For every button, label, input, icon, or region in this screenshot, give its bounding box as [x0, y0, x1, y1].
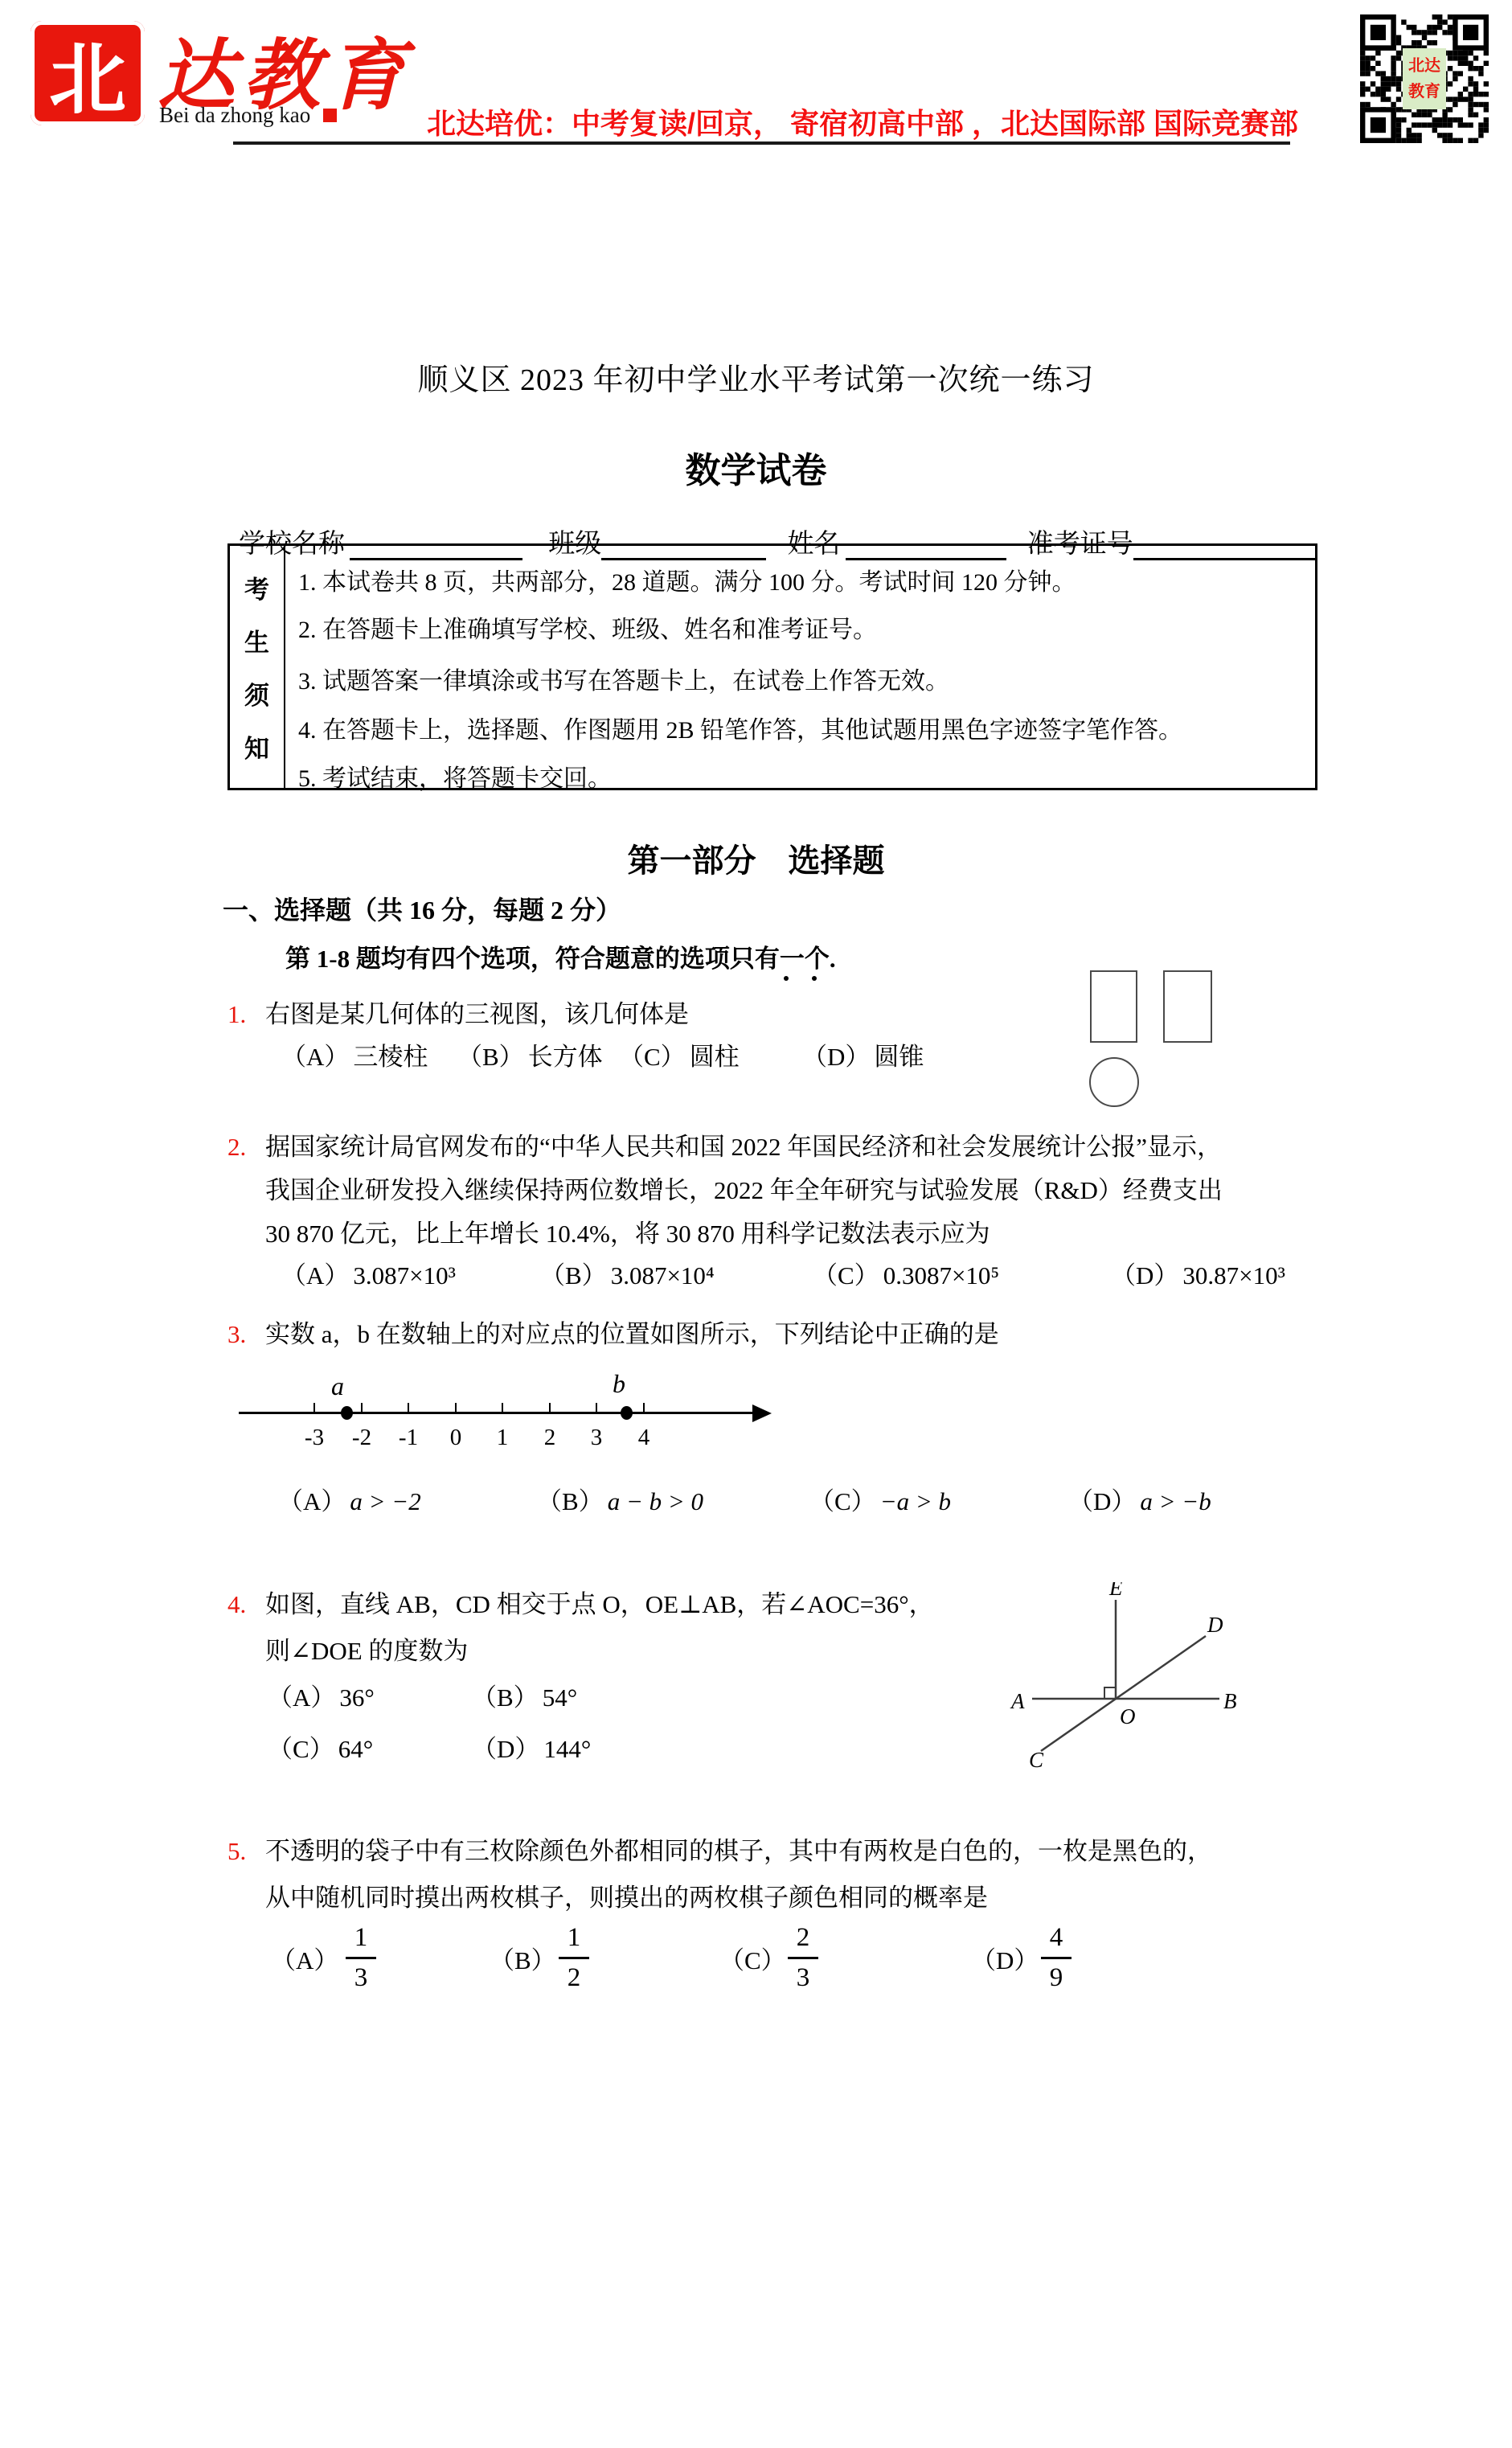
brand-pinyin: Bei da zhong kao	[159, 103, 337, 128]
q3-option-c: （C）−a > b	[809, 1486, 951, 1518]
notice-item-3: 3. 试题答案一律填涂或书写在答题卡上，在试卷上作答无效。	[298, 661, 949, 696]
exam-title: 顺义区 2023 年初中学业水平考试第一次统一练习	[0, 362, 1512, 400]
notice-item-5: 5. 考试结束，将答题卡交回。	[298, 758, 612, 793]
side-view-rectangle	[1163, 970, 1212, 1043]
q2-line-2: 我国企业研发投入继续保持两位数增长，2022 年全年研究与试验发展（R&D）经费…	[265, 1175, 1223, 1207]
q5-option-b-label: （B）	[490, 1946, 556, 1977]
q2-line-1: 据国家统计局官网发布的“中华人民共和国 2022 年国民经济和社会发展统计公报”…	[265, 1132, 1222, 1163]
axis-arrow	[752, 1404, 772, 1422]
front-view-rectangle	[1090, 970, 1137, 1043]
q4-line-2: 则∠DOE 的度数为	[265, 1636, 468, 1667]
q5-option-a-label: （A）	[271, 1946, 338, 1977]
label-E: E	[1108, 1582, 1123, 1600]
subject-title: 数学试卷	[0, 449, 1512, 493]
intersecting-lines-figure: E D A B O C	[1005, 1582, 1238, 1771]
q2-option-b: （B）3.087×10⁴	[540, 1261, 715, 1292]
q5-option-d-fraction: 49	[1041, 1923, 1072, 1993]
q5-number: 5.	[227, 1836, 246, 1868]
label-B: B	[1223, 1689, 1237, 1713]
q4-option-b: （B）54°	[472, 1683, 577, 1714]
beida-logo-seal: 北	[31, 21, 145, 125]
emphasis-dot	[812, 976, 817, 981]
q2-line-3: 30 870 亿元，比上年增长 10.4%，将 30 870 用科学记数法表示应…	[265, 1219, 990, 1250]
q3-number: 3.	[227, 1319, 246, 1351]
label-O: O	[1120, 1704, 1136, 1728]
q5-option-b-fraction: 12	[559, 1923, 589, 1993]
notice-item-4: 4. 在答题卡上，选择题、作图题用 2B 铅笔作答，其他试题用黑色字迹签字笔作答…	[298, 710, 1182, 745]
q4-option-d: （D）144°	[472, 1734, 591, 1765]
qr-center-label: 北达 教育	[1403, 48, 1446, 109]
q3-option-d: （D）a > −b	[1068, 1486, 1211, 1518]
q4-line-1: 如图，直线 AB，CD 相交于点 O，OE⊥AB，若∠AOC=36°，	[265, 1589, 934, 1621]
q5-option-d-label: （D）	[971, 1946, 1039, 1977]
header-divider	[233, 141, 1290, 145]
q2-option-c: （C）0.3087×10⁵	[813, 1261, 999, 1292]
seal-character: 北	[49, 18, 126, 129]
part1-section-title: 一、选择题（共 16 分，每题 2 分）	[223, 894, 621, 926]
q2-option-a: （A）3.087×10³	[281, 1261, 456, 1292]
q4-number: 4.	[227, 1589, 246, 1621]
q2-number: 2.	[227, 1132, 246, 1163]
point-a-label: a	[331, 1370, 344, 1402]
point-b-label: b	[613, 1368, 625, 1400]
point-a-dot	[341, 1406, 353, 1420]
red-square-icon	[323, 109, 337, 122]
label-D: D	[1207, 1613, 1223, 1637]
q1-number: 1.	[227, 999, 246, 1031]
part1-heading: 第一部分 选择题	[0, 841, 1512, 881]
top-view-circle	[1089, 1057, 1139, 1107]
part1-instruction: 第 1-8 题均有四个选项，符合题意的选项只有一个.	[285, 944, 836, 975]
q5-option-c-label: （C）	[719, 1946, 786, 1977]
examinee-notice-box: 考 生 须 知 1. 本试卷共 8 页，共两部分，28 道题。满分 100 分。…	[227, 543, 1317, 790]
notice-side-title: 考 生 须 知	[230, 546, 285, 788]
q1-option-b: （B）长方体	[457, 1042, 603, 1073]
q1-option-c: （C）圆柱	[619, 1042, 740, 1073]
q2-option-d: （D）30.87×10³	[1111, 1261, 1285, 1292]
q4-option-a: （A）36°	[268, 1683, 375, 1714]
emphasis-dot	[784, 976, 789, 981]
q1-text: 右图是某几何体的三视图，该几何体是	[265, 999, 689, 1031]
q5-option-c-fraction: 23	[788, 1923, 818, 1993]
notice-item-2: 2. 在答题卡上准确填写学校、班级、姓名和准考证号。	[298, 609, 877, 645]
q4-geometry-figure: E D A B O C	[1005, 1582, 1238, 1771]
q3-option-a: （A）a > −2	[278, 1486, 421, 1518]
label-C: C	[1029, 1748, 1044, 1771]
q3-option-b: （B）a − b > 0	[537, 1486, 703, 1518]
q5-option-a-fraction: 13	[346, 1923, 376, 1993]
q1-option-d: （D）圆锥	[802, 1042, 924, 1073]
q3-text: 实数 a，b 在数轴上的对应点的位置如图所示，下列结论中正确的是	[265, 1319, 999, 1351]
point-b-dot	[621, 1406, 633, 1420]
qr-code: 北达 教育	[1360, 14, 1489, 143]
q4-option-c: （C）64°	[268, 1734, 373, 1765]
header-slogan: 北达培优：中考复读/回京， 寄宿初高中部 ，北达国际部 国际竞赛部	[427, 101, 1298, 142]
q5-line-1: 不透明的袋子中有三枚除颜色外都相同的棋子，其中有两枚是白色的，一枚是黑色的，	[265, 1836, 1212, 1868]
axis-line	[239, 1412, 756, 1414]
notice-item-1: 1. 本试卷共 8 页，共两部分，28 道题。满分 100 分。考试时间 120…	[298, 562, 1076, 597]
q1-option-a: （A）三棱柱	[281, 1042, 428, 1073]
q5-line-2: 从中随机同时摸出两枚棋子，则摸出的两枚棋子颜色相同的概率是	[265, 1883, 988, 1914]
label-A: A	[1010, 1689, 1025, 1713]
exam-paper-page: 北 达教育 Bei da zhong kao 北达培优：中考复读/回京， 寄宿初…	[0, 0, 1512, 2448]
